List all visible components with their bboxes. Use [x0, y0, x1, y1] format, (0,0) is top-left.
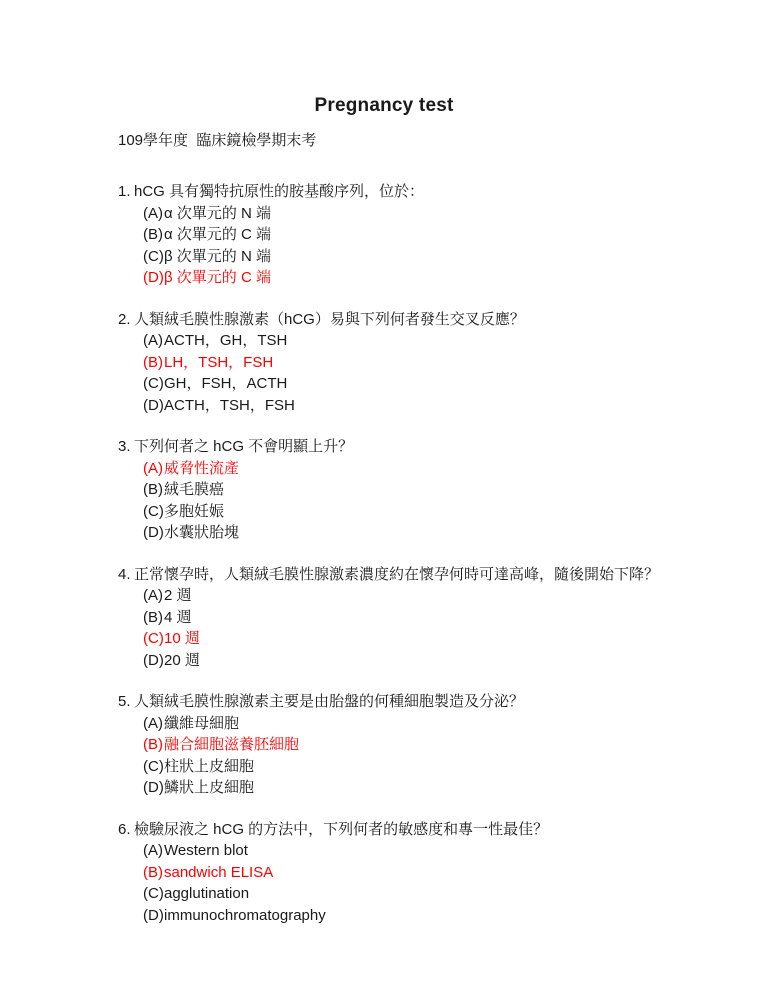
option-group: (A) ACTH，GH，TSH (B) LH，TSH，FSH (C) GH，FS… [143, 330, 768, 416]
answer-option: (B) 絨毛膜癌 [143, 479, 768, 501]
option-group: (A) α 次單元的 N 端 (B) α 次單元的 C 端 (C) β 次單元的… [143, 203, 768, 289]
question-number: 4. [118, 564, 134, 586]
question-item: 6. 檢驗尿液之 hCG 的方法中，下列何者的敏感度和專一性最佳？ (A) We… [0, 819, 768, 927]
option-label: (D) [143, 395, 164, 417]
answer-option: (B) LH，TSH，FSH [143, 352, 768, 374]
question-line: 6. 檢驗尿液之 hCG 的方法中，下列何者的敏感度和專一性最佳？ [118, 819, 768, 841]
answer-option: (B) α 次單元的 C 端 [143, 224, 768, 246]
answer-option: (B) sandwich ELISA [143, 862, 768, 884]
question-number: 6. [118, 819, 134, 841]
option-label: (B) [143, 607, 164, 629]
question-text: 正常懷孕時，人類絨毛膜性腺激素濃度約在懷孕何時可達高峰，隨後開始下降？ [134, 564, 768, 586]
answer-option: (A) 2 週 [143, 585, 768, 607]
option-group: (A) 纖維母細胞 (B) 融合細胞滋養胚細胞 (C) 柱狀上皮細胞 (D) 鱗… [143, 713, 768, 799]
question-item: 3. 下列何者之 hCG 不會明顯上升？ (A) 威脅性流產 (B) 絨毛膜癌 … [0, 436, 768, 544]
option-label: (B) [143, 734, 164, 756]
option-text: 多胞妊娠 [164, 501, 768, 523]
answer-option: (D) 水囊狀胎塊 [143, 522, 768, 544]
option-label: (B) [143, 224, 164, 246]
option-text: sandwich ELISA [164, 862, 768, 884]
answer-option: (A) 威脅性流產 [143, 458, 768, 480]
document-page: Pregnancy test 109學年度 臨床鏡檢學期末考 1. hCG 具有… [0, 0, 768, 994]
question-text: 人類絨毛膜性腺激素（hCG）易與下列何者發生交叉反應？ [134, 309, 768, 331]
question-line: 2. 人類絨毛膜性腺激素（hCG）易與下列何者發生交叉反應？ [118, 309, 768, 331]
question-text: 檢驗尿液之 hCG 的方法中，下列何者的敏感度和專一性最佳？ [134, 819, 768, 841]
answer-option: (D) β 次單元的 C 端 [143, 267, 768, 289]
option-label: (A) [143, 203, 164, 225]
question-text: hCG 具有獨特抗原性的胺基酸序列，位於： [134, 181, 768, 203]
question-number: 2. [118, 309, 134, 331]
option-text: 纖維母細胞 [164, 713, 768, 735]
answer-option: (D) ACTH，TSH，FSH [143, 395, 768, 417]
answer-option: (A) Western blot [143, 840, 768, 862]
answer-option: (C) agglutination [143, 883, 768, 905]
option-label: (D) [143, 267, 164, 289]
option-text: 10 週 [164, 628, 768, 650]
option-label: (B) [143, 352, 164, 374]
option-label: (C) [143, 628, 164, 650]
option-text: 2 週 [164, 585, 768, 607]
question-number: 3. [118, 436, 134, 458]
option-label: (A) [143, 458, 164, 480]
option-label: (D) [143, 905, 164, 927]
option-label: (C) [143, 756, 164, 778]
answer-option: (D) 鱗狀上皮細胞 [143, 777, 768, 799]
answer-option: (C) 柱狀上皮細胞 [143, 756, 768, 778]
answer-option: (A) α 次單元的 N 端 [143, 203, 768, 225]
page-title: Pregnancy test [0, 94, 768, 117]
option-label: (C) [143, 373, 164, 395]
answer-option: (D) immunochromatography [143, 905, 768, 927]
question-number: 5. [118, 691, 134, 713]
option-text: α 次單元的 C 端 [164, 224, 768, 246]
option-text: β 次單元的 N 端 [164, 246, 768, 268]
answer-option: (B) 4 週 [143, 607, 768, 629]
option-text: 柱狀上皮細胞 [164, 756, 768, 778]
option-text: ACTH，TSH，FSH [164, 395, 768, 417]
answer-option: (A) 纖維母細胞 [143, 713, 768, 735]
answer-option: (C) β 次單元的 N 端 [143, 246, 768, 268]
option-label: (B) [143, 479, 164, 501]
question-item: 4. 正常懷孕時，人類絨毛膜性腺激素濃度約在懷孕何時可達高峰，隨後開始下降？ (… [0, 564, 768, 672]
answer-option: (C) 多胞妊娠 [143, 501, 768, 523]
option-text: GH，FSH，ACTH [164, 373, 768, 395]
option-text: 絨毛膜癌 [164, 479, 768, 501]
answer-option: (C) GH，FSH，ACTH [143, 373, 768, 395]
question-item: 5. 人類絨毛膜性腺激素主要是由胎盤的何種細胞製造及分泌？ (A) 纖維母細胞 … [0, 691, 768, 799]
option-group: (A) 威脅性流產 (B) 絨毛膜癌 (C) 多胞妊娠 (D) 水囊狀胎塊 [143, 458, 768, 544]
option-text: ACTH，GH，TSH [164, 330, 768, 352]
question-item: 1. hCG 具有獨特抗原性的胺基酸序列，位於： (A) α 次單元的 N 端 … [0, 181, 768, 289]
answer-option: (D) 20 週 [143, 650, 768, 672]
question-text: 下列何者之 hCG 不會明顯上升？ [134, 436, 768, 458]
option-text: 4 週 [164, 607, 768, 629]
option-text: β 次單元的 C 端 [164, 267, 768, 289]
question-line: 5. 人類絨毛膜性腺激素主要是由胎盤的何種細胞製造及分泌？ [118, 691, 768, 713]
answer-option: (C) 10 週 [143, 628, 768, 650]
question-list: 1. hCG 具有獨特抗原性的胺基酸序列，位於： (A) α 次單元的 N 端 … [0, 181, 768, 926]
option-label: (A) [143, 840, 164, 862]
option-label: (A) [143, 585, 164, 607]
option-text: Western blot [164, 840, 768, 862]
page-subtitle: 109學年度 臨床鏡檢學期末考 [118, 130, 768, 151]
option-label: (C) [143, 883, 164, 905]
option-label: (D) [143, 650, 164, 672]
option-text: agglutination [164, 883, 768, 905]
question-item: 2. 人類絨毛膜性腺激素（hCG）易與下列何者發生交叉反應？ (A) ACTH，… [0, 309, 768, 417]
option-text: 融合細胞滋養胚細胞 [164, 734, 768, 756]
option-group: (A) Western blot (B) sandwich ELISA (C) … [143, 840, 768, 926]
option-label: (C) [143, 501, 164, 523]
option-label: (D) [143, 777, 164, 799]
question-line: 4. 正常懷孕時，人類絨毛膜性腺激素濃度約在懷孕何時可達高峰，隨後開始下降？ [118, 564, 768, 586]
option-label: (B) [143, 862, 164, 884]
option-text: 威脅性流產 [164, 458, 768, 480]
option-label: (A) [143, 713, 164, 735]
option-text: immunochromatography [164, 905, 768, 927]
question-text: 人類絨毛膜性腺激素主要是由胎盤的何種細胞製造及分泌？ [134, 691, 768, 713]
option-label: (A) [143, 330, 164, 352]
option-text: α 次單元的 N 端 [164, 203, 768, 225]
answer-option: (A) ACTH，GH，TSH [143, 330, 768, 352]
question-line: 3. 下列何者之 hCG 不會明顯上升？ [118, 436, 768, 458]
question-line: 1. hCG 具有獨特抗原性的胺基酸序列，位於： [118, 181, 768, 203]
option-text: 水囊狀胎塊 [164, 522, 768, 544]
option-label: (C) [143, 246, 164, 268]
option-text: 鱗狀上皮細胞 [164, 777, 768, 799]
option-text: 20 週 [164, 650, 768, 672]
question-number: 1. [118, 181, 134, 203]
answer-option: (B) 融合細胞滋養胚細胞 [143, 734, 768, 756]
option-text: LH，TSH，FSH [164, 352, 768, 374]
option-group: (A) 2 週 (B) 4 週 (C) 10 週 (D) 20 週 [143, 585, 768, 671]
option-label: (D) [143, 522, 164, 544]
